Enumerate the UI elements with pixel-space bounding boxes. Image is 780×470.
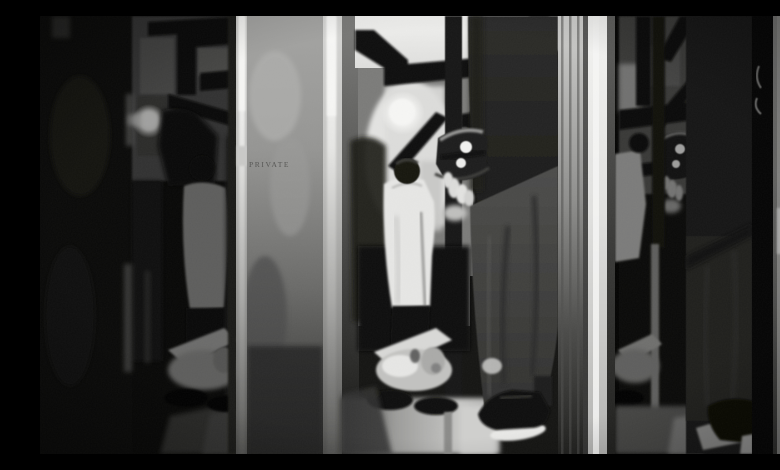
vignette-overlay [40,16,780,454]
photograph-canvas: PRIVATE [40,16,780,454]
photo-frame: Black-and-white photograph seen through … [40,16,780,454]
